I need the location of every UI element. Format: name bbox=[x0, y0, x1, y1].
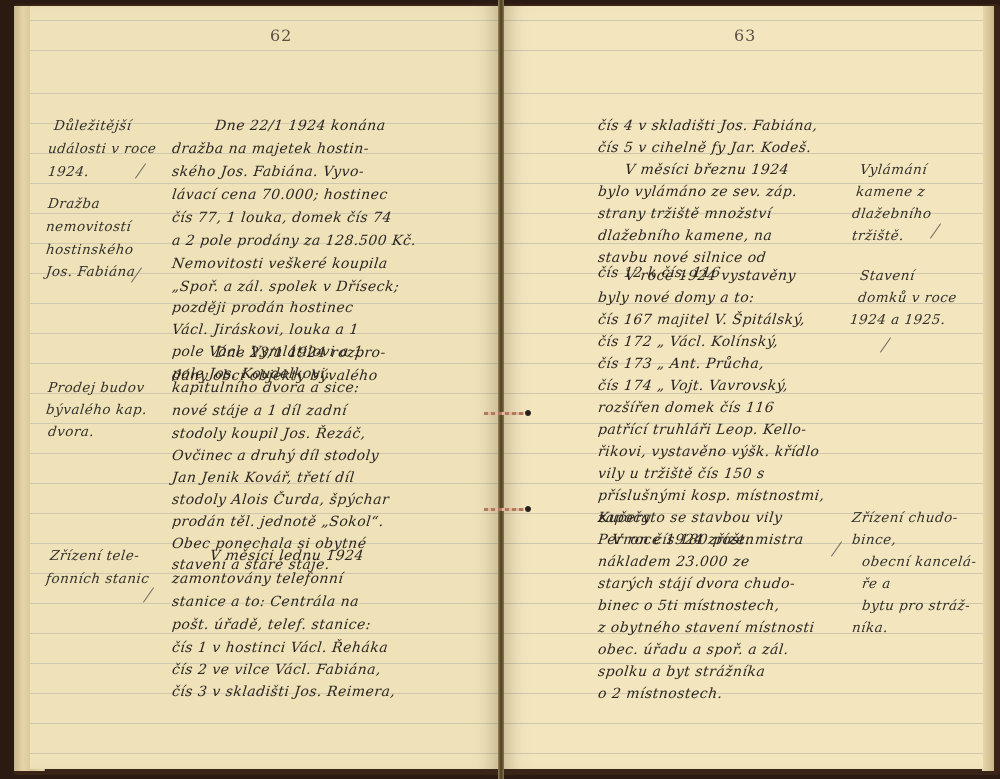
text-line: čís 167 majitel V. Špitálský, bbox=[597, 312, 806, 328]
margin-note-line: bince, bbox=[851, 532, 897, 548]
text-line: dlažebního kamene, na bbox=[597, 228, 773, 244]
binding-stitch bbox=[484, 412, 524, 415]
margin-note-line: Jos. Fabiána bbox=[45, 264, 136, 280]
page-edges-right bbox=[982, 6, 994, 771]
margin-note-line: obecní kancelá- bbox=[861, 554, 977, 570]
text-line: Ovčinec a druhý díl stodoly bbox=[171, 448, 380, 464]
text-line: ského Jos. Fabiána. Vyvo- bbox=[171, 164, 365, 180]
stitch-hole bbox=[525, 506, 531, 512]
text-line: stodoly koupil Jos. Řezáč, bbox=[171, 426, 366, 442]
text-line: řikovi, vystavěno výšk. křídlo bbox=[597, 444, 820, 460]
margin-note-line: Vylámání bbox=[859, 162, 928, 178]
text-line: čís 1 v hostinci Václ. Řeháka bbox=[171, 640, 389, 656]
text-line: čís 172 „ Václ. Kolínský, bbox=[597, 334, 779, 350]
text-line: a 2 pole prodány za 128.500 Kč. bbox=[171, 233, 417, 249]
text-line: Dne 22/1 1924 konána bbox=[214, 118, 386, 134]
text-line: lávací cena 70.000; hostinec bbox=[171, 187, 389, 203]
margin-note-line: Stavení bbox=[859, 268, 916, 284]
margin-note-line: domků v roce bbox=[857, 290, 957, 306]
text-line: čís 2 ve vilce Václ. Fabiána, bbox=[171, 662, 382, 678]
text-line: obec. úřadu a spoř. a zál. bbox=[597, 642, 789, 658]
text-line: starých stájí dvora chudo- bbox=[597, 576, 796, 592]
margin-note-line: níka. bbox=[851, 620, 889, 636]
text-line: čís 5 v cihelně fy Jar. Kodeš. bbox=[597, 140, 812, 156]
text-line: příslušnými kosp. místnostmi, bbox=[597, 488, 825, 504]
stitch-hole bbox=[525, 410, 531, 416]
text-line: stavbu nové silnice od bbox=[597, 250, 767, 266]
text-line: „Spoř. a zál. spolek v Dříseck; bbox=[171, 279, 400, 295]
text-line: Václ. Jiráskovi, louka a 1 bbox=[171, 322, 359, 338]
text-line: nákladem 23.000 ze bbox=[597, 554, 750, 570]
text-line: prodán těl. jednotě „Sokol“. bbox=[171, 514, 384, 530]
text-line: V měsíci březnu 1924 bbox=[624, 162, 790, 178]
margin-note-line: ře a bbox=[861, 576, 891, 592]
margin-note-line: Dražba bbox=[47, 196, 101, 212]
text-line: V měsíci lednu 1924 bbox=[209, 548, 365, 564]
text-line: čís 77, 1 louka, domek čís 74 bbox=[171, 210, 393, 226]
text-line: bylo vylámáno ze sev. záp. bbox=[597, 184, 798, 200]
text-line: byly nové domy a to: bbox=[597, 290, 755, 306]
text-line: stanice a to: Centrála na bbox=[171, 594, 360, 610]
text-line: Jan Jenik Kovář, třetí díl bbox=[171, 470, 355, 486]
text-line: čís 4 v skladišti Jos. Fabiána, bbox=[597, 118, 818, 134]
text-line: vily u tržiště čís 150 s bbox=[597, 466, 765, 482]
margin-note-line: fonních stanic bbox=[45, 571, 150, 587]
text-line: V roce 1924 zřízen bbox=[611, 532, 755, 548]
margin-note-line: kamene z bbox=[855, 184, 926, 200]
text-line: patřící truhláři Leop. Kello- bbox=[597, 422, 807, 438]
text-line: zamontovány telefonní bbox=[171, 571, 344, 587]
text-line: Kučery bbox=[597, 510, 652, 526]
margin-note-line: bývalého kap. bbox=[45, 402, 148, 418]
margin-note-line: tržiště. bbox=[851, 228, 905, 244]
text-line: kapitulního dvora a sice: bbox=[171, 380, 360, 396]
margin-note-line: Důležitější bbox=[53, 118, 132, 134]
text-line: čís 173 „ Ant. Průcha, bbox=[597, 356, 765, 372]
margin-note-line: bytu pro stráž- bbox=[861, 598, 971, 614]
text-line: z obytného stavení místnosti bbox=[597, 620, 815, 636]
binding-gutter bbox=[498, 0, 504, 779]
margin-note-line: dlažebního bbox=[851, 206, 932, 222]
margin-note-line: Zřízení chudo- bbox=[851, 510, 959, 526]
margin-note-line: dvora. bbox=[47, 424, 95, 440]
margin-note-line: nemovitostí bbox=[45, 219, 132, 235]
text-line: čís 174 „ Vojt. Vavrovský, bbox=[597, 378, 789, 394]
text-line: V roce 1924 vystavěny bbox=[624, 268, 797, 284]
left-page-number: 62 bbox=[270, 26, 292, 45]
text-line: spolku a byt strážníka bbox=[597, 664, 766, 680]
margin-note-line: hostinského bbox=[45, 242, 134, 258]
text-line: stodoly Alois Čurda, špýchar bbox=[171, 492, 390, 508]
text-line: později prodán hostinec bbox=[171, 300, 354, 316]
text-line: Dne 23/1 1924 rozpro- bbox=[214, 345, 386, 361]
margin-note-line: Prodej budov bbox=[47, 380, 145, 396]
text-line: rozšířen domek čís 116 bbox=[597, 400, 775, 416]
margin-note-line: 1924 a 1925. bbox=[849, 312, 946, 328]
text-line: strany tržiště množství bbox=[597, 206, 772, 222]
text-line: binec o 5ti místnostech, bbox=[597, 598, 780, 614]
right-page-number: 63 bbox=[734, 26, 756, 45]
text-line: Nemovitosti veškeré koupila bbox=[171, 256, 388, 272]
text-line: o 2 místnostech. bbox=[597, 686, 723, 702]
text-line: čís 3 v skladišti Jos. Reimera, bbox=[171, 684, 396, 700]
margin-note-line: Zřízení tele- bbox=[49, 548, 140, 564]
text-line: dražba na majetek hostin- bbox=[171, 141, 370, 157]
margin-note-line: události v roce bbox=[47, 141, 157, 157]
margin-note-line: 1924. bbox=[47, 164, 90, 180]
text-line: nové stáje a 1 díl zadní bbox=[171, 403, 348, 419]
binding-stitch bbox=[484, 508, 524, 511]
text-line: pošt. úřadě, telef. stanice: bbox=[171, 617, 372, 633]
